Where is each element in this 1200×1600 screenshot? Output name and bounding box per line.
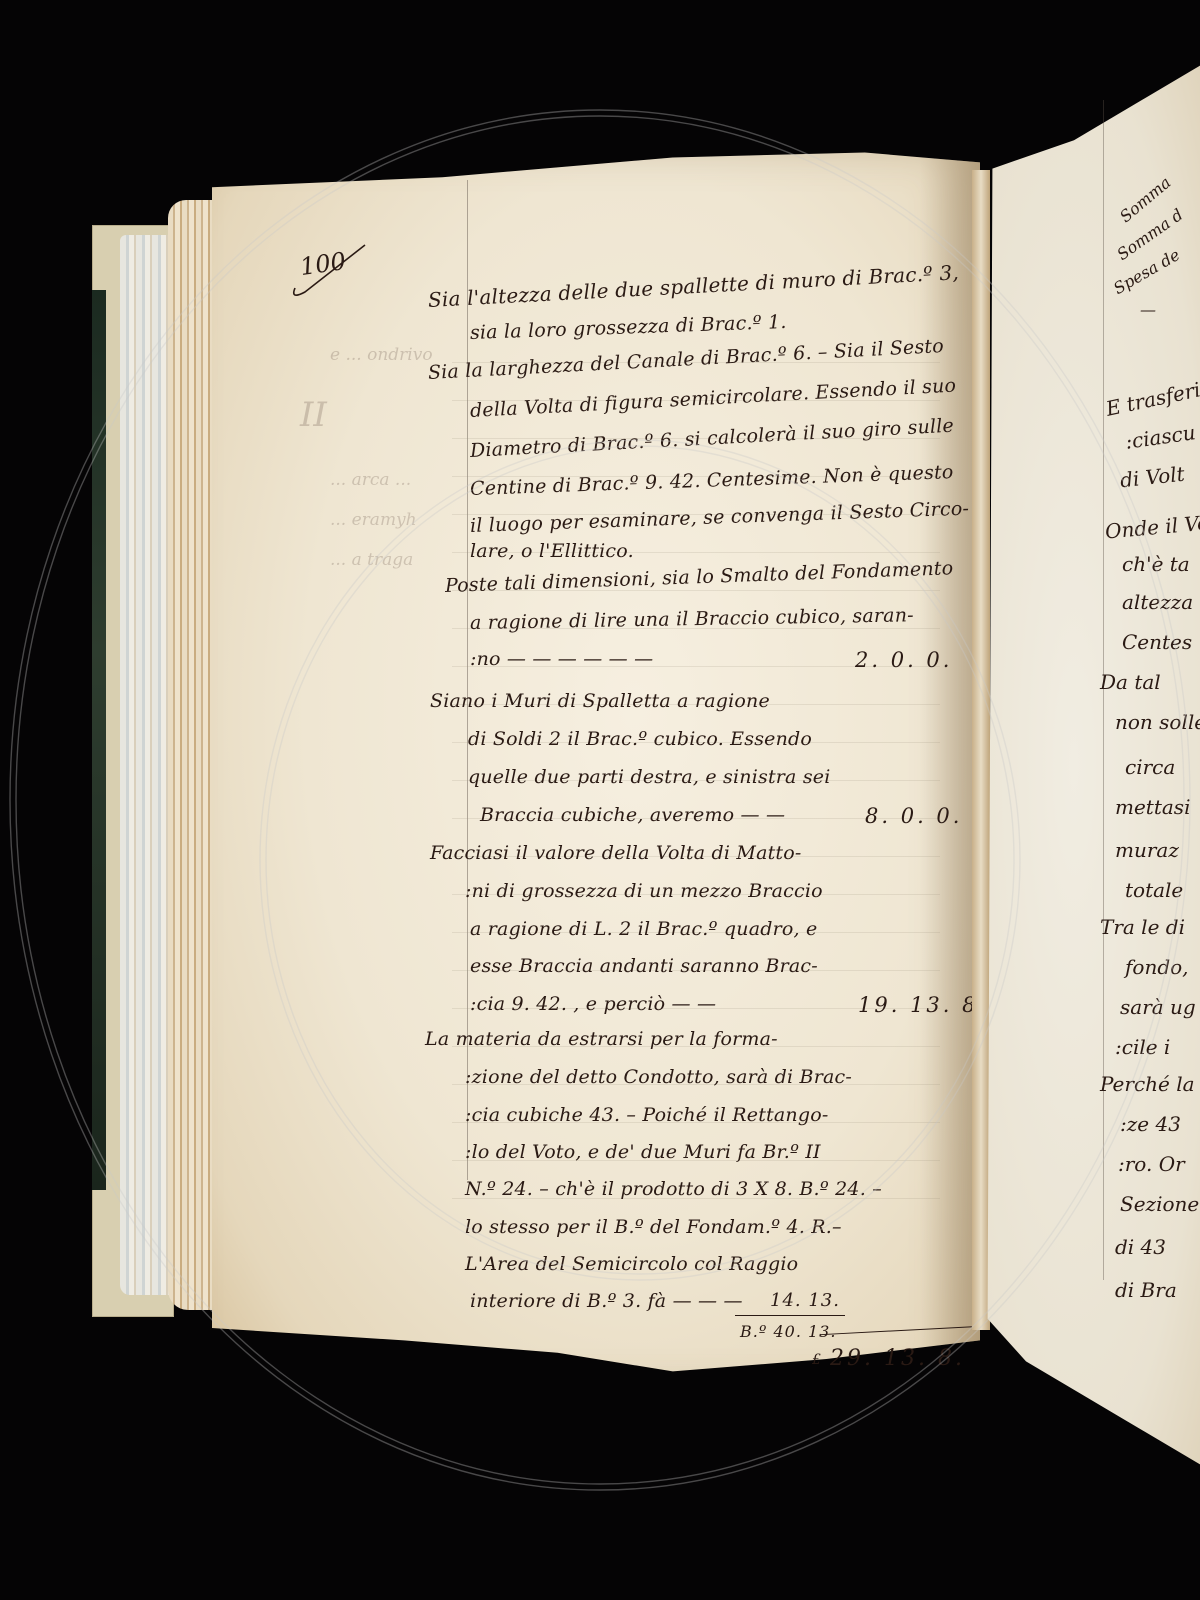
- text-line-28: interiore di B.º 3. fà — — —: [470, 1290, 743, 1312]
- right-fragment: Centes: [1122, 630, 1192, 654]
- sum-underline: [735, 1315, 845, 1316]
- amount-volta: 19. 13. 8.: [858, 993, 988, 1017]
- right-fragment: di 43: [1115, 1235, 1166, 1259]
- right-fragment: muraz: [1115, 838, 1179, 862]
- text-line-14: quelle due parti destra, e sinistra sei: [468, 766, 831, 788]
- amount-subtotal-braccia: B.º 40. 13.: [740, 1322, 836, 1341]
- text-line-22: :zione del detto Condotto, sarà di Brac-: [465, 1066, 852, 1088]
- amount-total: 29. 13. 8.: [830, 1346, 965, 1371]
- right-fragment: di Bra: [1115, 1278, 1177, 1302]
- right-fragment: fondo,: [1125, 955, 1189, 979]
- currency-symbol: £: [812, 1352, 821, 1368]
- show-through-text: ... arca ...: [330, 470, 411, 490]
- text-line-17: :ni di grossezza di un mezzo Braccio: [465, 880, 823, 902]
- manuscript-photo: e ... ondrivo II ... arca ... ... eramyh…: [0, 0, 1200, 1600]
- right-fragment: circa: [1125, 755, 1175, 779]
- text-line-18: a ragione di L. 2 il Brac.º quadro, e: [470, 918, 817, 940]
- text-line-12: Siano i Muri di Spalletta a ragione: [430, 690, 770, 712]
- right-fragment: ch'è ta: [1122, 552, 1190, 576]
- right-fragment: Tra le di: [1100, 915, 1185, 939]
- text-line-26: lo stesso per il B.º del Fondam.º 4. R.–: [465, 1216, 842, 1238]
- right-fragment: totale: [1125, 878, 1183, 902]
- show-through-text: e ... ondrivo: [330, 345, 433, 365]
- text-line-19: esse Braccia andanti saranno Brac-: [470, 955, 818, 977]
- right-fragment: altezza: [1122, 590, 1193, 614]
- right-fragment: Perché la: [1100, 1072, 1195, 1096]
- amount-smalto: 2. 0. 0.: [855, 648, 952, 672]
- amount-area-semicircolo: 14. 13.: [770, 1290, 840, 1311]
- text-line-21: La materia da estrarsi per la forma-: [425, 1028, 778, 1050]
- show-through-text: ... eramyh: [330, 510, 417, 530]
- text-line-8: lare, o l'Ellittico.: [470, 540, 634, 562]
- right-fragment: :ze 43: [1120, 1112, 1181, 1136]
- right-fragment: Sezione: [1120, 1192, 1199, 1216]
- text-line-24: :lo del Voto, e de' due Muri fa Br.º II: [465, 1141, 821, 1163]
- book-cover-spine: [92, 290, 106, 1190]
- right-fragment: :cile i: [1115, 1035, 1170, 1059]
- text-line-16: Facciasi il valore della Volta di Matto-: [430, 842, 802, 864]
- right-fragment: :ro. Or: [1118, 1152, 1185, 1176]
- text-line-25: N.º 24. – ch'è il prodotto di 3 X 8. B.º…: [465, 1178, 882, 1200]
- right-fragment: non solle: [1115, 710, 1200, 734]
- text-line-27: L'Area del Semicircolo col Raggio: [465, 1253, 798, 1275]
- amount-muri: 8. 0. 0.: [865, 804, 962, 828]
- right-fragment: mettasi: [1115, 795, 1190, 819]
- right-page-edge: [972, 170, 990, 1330]
- right-fragment: —: [1140, 300, 1156, 319]
- show-through-numeral: II: [300, 395, 327, 435]
- text-line-20: :cia 9. 42. , e perciò — —: [470, 993, 716, 1015]
- text-line-15: Braccia cubiche, averemo — —: [480, 804, 785, 826]
- text-line-23: :cia cubiche 43. – Poiché il Rettango-: [465, 1104, 828, 1126]
- show-through-text: ... a traga: [330, 550, 413, 570]
- right-fragment: Da tal: [1100, 670, 1161, 694]
- right-fragment: sarà ug: [1120, 995, 1196, 1019]
- text-line-13: di Soldi 2 il Brac.º cubico. Essendo: [468, 728, 812, 750]
- text-line-11: :no — — — — — —: [470, 648, 653, 670]
